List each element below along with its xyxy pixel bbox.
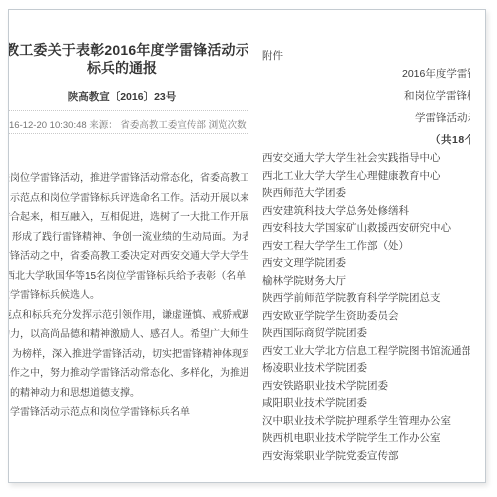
- notice-paragraph-line: 范点和标兵充分发挥示范引领作用，谦虚谨慎、戒骄戒躁: [9, 306, 248, 321]
- list-item: 西安铁路职业技术学院团委: [262, 378, 470, 396]
- attachment-title-line: 2016年度学雷锋活: [402, 66, 470, 81]
- notice-title-line2: 标兵的通报: [9, 58, 235, 78]
- notice-title-line1: 教工委关于表彰2016年度学雷锋活动示范: [9, 40, 248, 60]
- list-item: 陕西学前师范学院教育科学学院团总支: [262, 290, 470, 308]
- notice-paragraph-line: 结合起来，相互融入，互相促进，选树了一大批工作开展: [9, 208, 248, 223]
- notice-paragraph-line: 雷锋活动之中，省委高教工委决定对西安交通大学大学生: [9, 247, 248, 262]
- notice-paragraph-line: 位学雷锋标兵候选人。: [9, 286, 100, 301]
- list-item: 汉中职业技术学院护理系学生管理办公室: [262, 413, 470, 431]
- attachment-count-line: （共18个: [430, 132, 470, 147]
- list-item: 西安欧亚学院学生资助委员会: [262, 308, 470, 326]
- attachment-label: 附件: [262, 48, 283, 63]
- list-item: 西安建筑科技大学总务处修缮科: [262, 203, 470, 221]
- page-background: 教工委关于表彰2016年度学雷锋活动示范 标兵的通报 陕高教宣〔2016〕23号…: [0, 0, 497, 497]
- document-panel: 教工委关于表彰2016年度学雷锋活动示范 标兵的通报 陕高教宣〔2016〕23号…: [8, 9, 486, 483]
- award-list: 西安交通大学大学生社会实践指导中心 西北工业大学大学生心理健康教育中心 陕西师范…: [262, 150, 470, 465]
- list-item: 西北工业大学大学生心理健康教育中心: [262, 168, 470, 186]
- separator-top: [9, 110, 248, 111]
- doc-number: 陕高教宣〔2016〕23号: [9, 89, 235, 104]
- notice-paragraph-line: 工作之中，努力推动学雷锋活动常态化、多样化，为推进: [9, 364, 248, 379]
- attachment-title-line: 和岗位学雷锋标: [404, 88, 470, 103]
- attachment-column: 附件 2016年度学雷锋活 和岗位学雷锋标 学雷锋活动示 （共18个 西安交通大…: [252, 10, 470, 482]
- list-item: 西安工程大学学生工作部（处）: [262, 238, 470, 256]
- list-item: 西安工业大学北方信息工程学院图书馆流通部: [262, 343, 470, 361]
- notice-paragraph-line: 动力，以高尚品德和精神激励人、感召人。希望广大师生: [9, 325, 248, 340]
- notice-paragraph-line: 西北大学耿国华等15名岗位学雷锋标兵给予表彰（名单: [9, 267, 246, 282]
- attachment-name-link[interactable]: 学雷锋活动示范点和岗位学雷锋标兵名单: [10, 403, 190, 418]
- list-item: 陕西师范大学团委: [262, 185, 470, 203]
- notice-paragraph-line: 进岗位学雷锋活动，推进学雷锋活动常态化，省委高教工: [9, 169, 248, 184]
- notice-paragraph-line: 形成了践行雷锋精神、争创一流业绩的生动局面。为表彰: [12, 228, 248, 243]
- list-item: 西安文理学院团委: [262, 255, 470, 273]
- list-item: 榆林学院财务大厅: [262, 273, 470, 291]
- list-item: 陕西国际商贸学院团委: [262, 325, 470, 343]
- notice-body-column: 教工委关于表彰2016年度学雷锋活动示范 标兵的通报 陕高教宣〔2016〕23号…: [9, 10, 248, 482]
- notice-paragraph-line: 的精神动力和思想道德支撑。: [10, 384, 140, 399]
- list-item: 咸阳职业技术学院团委: [262, 395, 470, 413]
- list-item: 杨凌职业技术学院团委: [262, 360, 470, 378]
- notice-paragraph-line: 示范点和岗位学雷锋标兵评选命名工作。活动开展以来，: [10, 189, 248, 204]
- list-item: 西安交通大学大学生社会实践指导中心: [262, 150, 470, 168]
- article-meta: 16-12-20 10:30:48 来源： 省委高教工委宣传部 浏览次数：: [9, 117, 248, 131]
- list-item: 西安海棠职业学院党委宣传部: [262, 448, 470, 466]
- attachment-title-line: 学雷锋活动示: [415, 110, 470, 125]
- separator-bottom: [9, 133, 248, 134]
- list-item: 陕西机电职业技术学院学生工作办公室: [262, 430, 470, 448]
- notice-paragraph-line: ）为榜样，深入推进学雷锋活动，切实把雷锋精神体现到: [9, 345, 248, 360]
- list-item: 西安科技大学国家矿山救援西安研究中心: [262, 220, 470, 238]
